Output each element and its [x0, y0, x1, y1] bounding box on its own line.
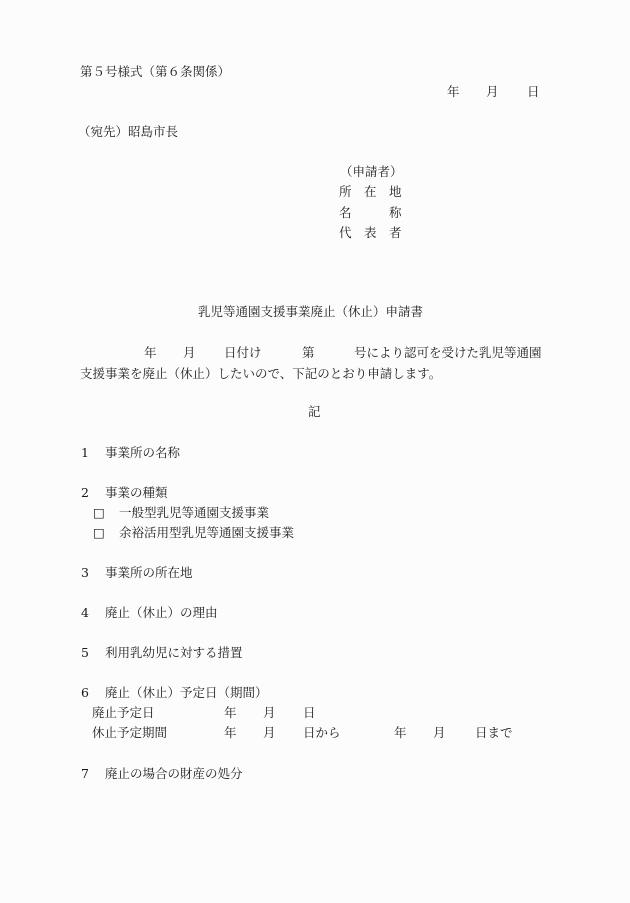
suspension-month-to: 月 — [433, 725, 446, 741]
body-year: 年 — [144, 345, 157, 361]
ki-heading: 記 — [308, 404, 321, 420]
abolition-year: 年 — [224, 705, 237, 721]
applicant-name-label: 名 称 — [339, 205, 402, 221]
suspension-month-from: 月 — [263, 725, 276, 741]
item-label: 廃止（休止）の理由 — [105, 605, 218, 621]
item-number: 1 — [81, 445, 89, 461]
suspension-year-from: 年 — [224, 725, 237, 741]
option-label: 余裕活用型乳児等通園支援事業 — [119, 525, 294, 541]
checkbox-icon[interactable]: □ — [93, 525, 105, 541]
body-line1-rest: 号により認可を受けた乳児等通園 — [354, 345, 542, 361]
abolition-month: 月 — [263, 705, 276, 721]
applicant-representative-label: 代 表 者 — [339, 225, 402, 241]
body-number-prefix: 第 — [302, 345, 315, 361]
body-day: 日付け — [224, 345, 262, 361]
date-month: 月 — [486, 84, 499, 100]
suspension-day-from: 日から — [303, 725, 341, 741]
item-label: 廃止の場合の財産の処分 — [105, 766, 243, 782]
abolition-date-label: 廃止予定日 — [92, 705, 155, 721]
addressee: （宛先）昭島市長 — [78, 124, 178, 140]
document-title: 乳児等通園支援事業廃止（休止）申請書 — [198, 304, 423, 320]
item-label: 事業所の名称 — [105, 445, 180, 461]
item-label: 事業所の所在地 — [105, 565, 193, 581]
form-number: 第５号様式（第６条関係） — [80, 64, 230, 80]
item-number: 3 — [81, 565, 89, 581]
body-month: 月 — [183, 345, 196, 361]
checkbox-icon[interactable]: □ — [93, 505, 105, 521]
suspension-day-to: 日まで — [475, 725, 513, 741]
item-number: 2 — [81, 485, 89, 501]
item-label: 事業の種類 — [105, 485, 168, 501]
body-line2: 支援事業を廃止（休止）したいので、下記のとおり申請します。 — [80, 366, 441, 382]
applicant-heading: （申請者） — [340, 164, 403, 180]
item-number: 5 — [81, 645, 89, 661]
suspension-year-to: 年 — [394, 725, 407, 741]
item-label: 廃止（休止）予定日（期間） — [105, 685, 268, 701]
item-number: 7 — [81, 766, 89, 782]
date-year: 年 — [447, 84, 460, 100]
date-day: 日 — [527, 84, 540, 100]
applicant-address-label: 所 在 地 — [339, 184, 402, 200]
option-label: 一般型乳児等通園支援事業 — [119, 505, 269, 521]
item-label: 利用乳幼児に対する措置 — [105, 645, 243, 661]
item-number: 6 — [81, 685, 89, 701]
suspension-period-label: 休止予定期間 — [92, 725, 167, 741]
item-number: 4 — [81, 605, 89, 621]
abolition-day: 日 — [303, 705, 316, 721]
